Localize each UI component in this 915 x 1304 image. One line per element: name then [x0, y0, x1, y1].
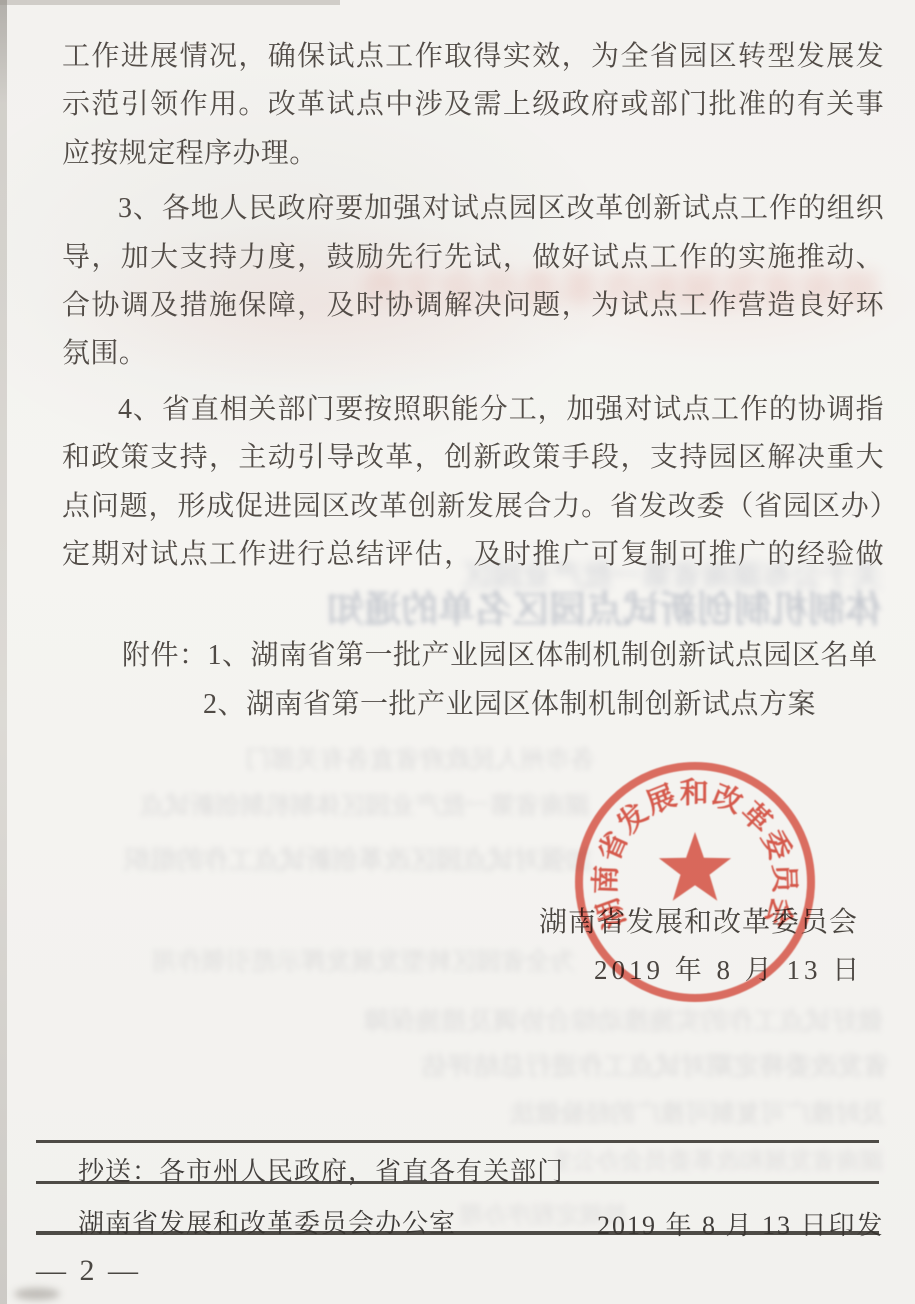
bleed-through-line: 及时推广可复制可推广的经验做法	[320, 1100, 885, 1130]
attachments-label: 附件：	[122, 640, 208, 671]
scanned-document-page: 湖南省发展和改革委员会文件 关于公布湖南省第一批产业园区 体制机制创新试点园区名…	[0, 0, 915, 1304]
bleed-through-line: 省发改委将定期对试点工作进行总结评估	[34, 1051, 889, 1082]
body-line: 4、省直相关部门要按照职能分工，加强对试点工作的协调指导	[62, 386, 884, 434]
body-line: 导，加大支持力度，鼓励先行先试，做好试点工作的实施推动、综	[62, 234, 884, 282]
footer-rule	[36, 1181, 879, 1184]
attachment-item: 2、湖南省第一批产业园区体制机制创新试点方案	[203, 680, 892, 729]
bleed-through-line: 湖南省第一批产业园区体制机制创新试点	[58, 792, 590, 822]
bleed-through-line: 湖南省发展和改革委员会办公室	[556, 1148, 884, 1177]
seal-star-icon	[659, 832, 731, 901]
attachment-item: 附件：1、湖南省第一批产业园区体制机制创新试点园区名单	[122, 631, 892, 680]
scan-edge-shadow	[0, 0, 7, 1304]
body-line: 3、各地人民政府要加强对试点园区改革创新试点工作的组织领	[62, 185, 884, 233]
bleed-through-line: 体制机制创新试点园区名单的通知	[85, 589, 882, 633]
footer-rule	[36, 1140, 879, 1143]
body-line: 定期对试点工作进行总结评估，及时推广可复制可推广的经验做法。	[62, 531, 884, 579]
document-body: 工作进展情况，确保试点工作取得实效，为全省园区转型发展发挥 示范引领作用。改革试…	[62, 33, 884, 579]
paper-stain	[14, 1288, 60, 1300]
footer-rule	[36, 1231, 879, 1235]
attachment-title: 2、湖南省第一批产业园区体制机制创新试点方案	[203, 689, 816, 720]
page-number: — 2 —	[36, 1254, 141, 1288]
bleed-through-line: 加强对试点园区改革创新试点工作的组织	[46, 845, 592, 876]
body-line: 氛围。	[62, 330, 884, 378]
attachment-title: 1、湖南省第一批产业园区体制机制创新试点园区名单	[208, 640, 878, 671]
body-line: 和政策支持，主动引导改革，创新政策手段，支持园区解决重大试	[62, 434, 884, 482]
attachments-list: 附件：1、湖南省第一批产业园区体制机制创新试点园区名单 2、湖南省第一批产业园区…	[122, 631, 892, 729]
body-line: 合协调及措施保障，及时协调解决问题，为试点工作营造良好环境	[62, 282, 884, 330]
body-line: 点问题，形成促进园区改革创新发展合力。省发改委（省园区办）将	[62, 483, 884, 531]
body-line: 应按规定程序办理。	[62, 130, 884, 178]
bleed-through-line: 各市州人民政府省直各有关部门	[95, 746, 595, 776]
body-line: 工作进展情况，确保试点工作取得实效，为全省园区转型发展发挥	[62, 33, 884, 81]
scan-edge-shadow	[0, 0, 340, 5]
print-date: 2019 年 8 月 13 日印发	[597, 1205, 885, 1242]
official-seal: 湖南省发展和改革委员会	[561, 748, 829, 1016]
body-line: 示范引领作用。改革试点中涉及需上级政府或部门批准的有关事项，	[62, 81, 884, 129]
bleed-through-line: 为全省园区转型发展发挥示范引领作用	[46, 948, 576, 978]
